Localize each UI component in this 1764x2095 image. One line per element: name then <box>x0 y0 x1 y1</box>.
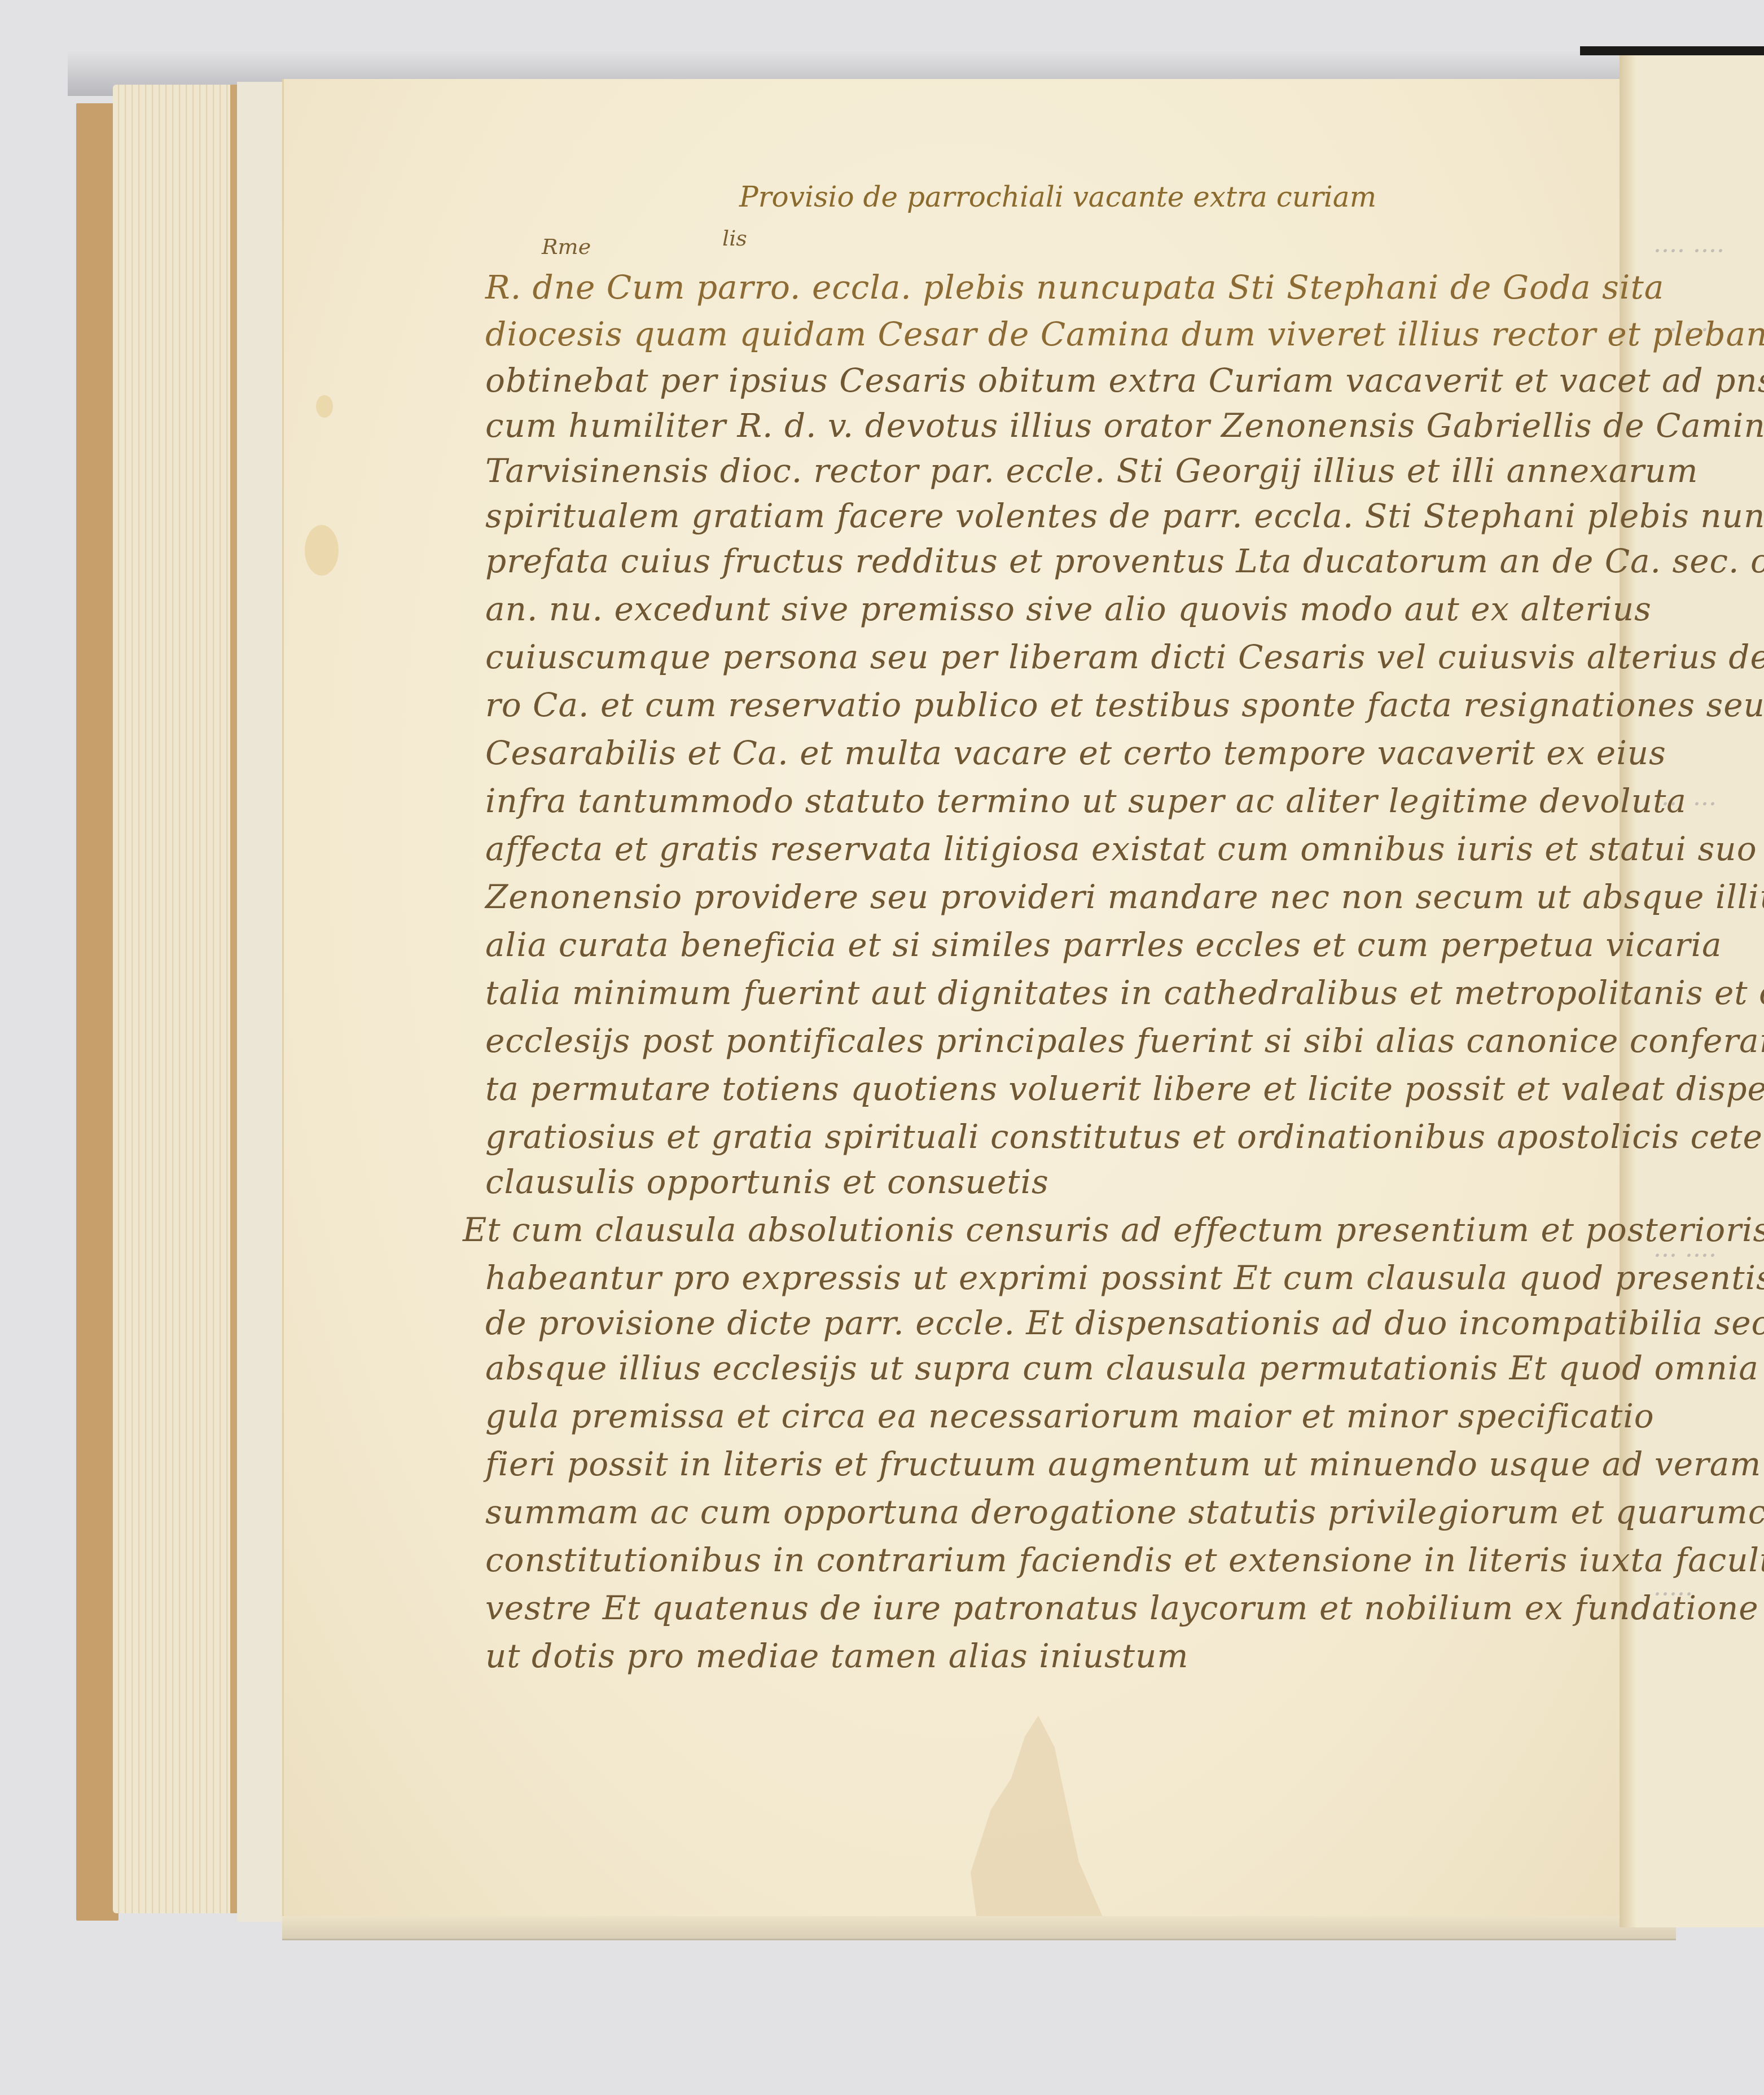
manuscript-line: absque illius ecclesijs ut supra cum cla… <box>485 1349 1764 1387</box>
manuscript-line: talia minimum fuerint aut dignitates in … <box>485 974 1764 1012</box>
manuscript-line: summam ac cum opportuna derogatione stat… <box>485 1493 1764 1531</box>
manuscript-line: obtinebat per ipsius Cesaris obitum extr… <box>485 361 1764 400</box>
manuscript-line: alia curata beneficia et si similes parr… <box>485 926 1722 964</box>
manuscript-line: fieri possit in literis et fructuum augm… <box>485 1445 1761 1483</box>
manuscript-line: ro Ca. et cum reservatio publico et test… <box>485 686 1764 724</box>
manuscript-line: habeantur pro expressis ut exprimi possi… <box>485 1259 1764 1297</box>
foxing-spot <box>316 395 333 418</box>
manuscript-line: Cesarabilis et Ca. et multa vacare et ce… <box>485 734 1666 772</box>
manuscript-line: Zenonensio providere seu provideri manda… <box>485 878 1764 916</box>
manuscript-line: ecclesijs post pontificales principales … <box>485 1022 1764 1060</box>
manuscript-line: R. dne Cum parro. eccla. plebis nuncupat… <box>485 268 1664 306</box>
interlinear-note: lis <box>722 226 747 251</box>
flyleaf <box>237 82 289 1922</box>
manuscript-line: constitutionibus in contrarium faciendis… <box>485 1541 1764 1579</box>
manuscript-line: an. nu. excedunt sive premisso sive alio… <box>485 590 1652 628</box>
manuscript-line: vestre Et quatenus de iure patronatus la… <box>485 1589 1759 1627</box>
cover-board <box>76 103 119 1921</box>
manuscript-line: prefata cuius fructus redditus et proven… <box>485 542 1764 580</box>
manuscript-line: affecta et gratis reservata litigiosa ex… <box>485 830 1764 868</box>
facing-page-dark-edge <box>1580 46 1764 55</box>
manuscript-heading: Provisio de parrochiali vacante extra cu… <box>739 181 1376 213</box>
manuscript-line: ut dotis pro mediae tamen alias iniustum <box>485 1637 1188 1675</box>
manuscript-line: cuiuscumque persona seu per liberam dict… <box>485 638 1764 676</box>
manuscript-line: de provisione dicte parr. eccle. Et disp… <box>485 1304 1764 1342</box>
manuscript-line: clausulis opportunis et consuetis <box>485 1163 1049 1201</box>
foxing-spot <box>305 525 339 576</box>
manuscript-line: infra tantummodo statuto termino ut supe… <box>485 782 1687 820</box>
facing-page-faint-text: ···· ···· <box>1653 237 1755 266</box>
manuscript-line: ta permutare totiens quotiens voluerit l… <box>485 1070 1764 1108</box>
manuscript-line: cum humiliter R. d. v. devotus illius or… <box>485 406 1764 445</box>
manuscript-line: diocesis quam quidam Cesar de Camina dum… <box>485 315 1764 353</box>
manuscript-line: Tarvisinensis dioc. rector par. eccle. S… <box>485 452 1698 490</box>
manuscript-line: spiritualem gratiam facere volentes de p… <box>485 497 1764 535</box>
manuscript-line: gratiosius et gratia spirituali constitu… <box>485 1117 1764 1156</box>
interlinear-note: Rme <box>542 234 591 259</box>
manuscript-line: Et cum clausula absolutionis censuris ad… <box>463 1211 1764 1249</box>
manuscript-line: gula premissa et circa ea necessariorum … <box>485 1397 1655 1435</box>
page-bottom-edge <box>282 1916 1676 1940</box>
